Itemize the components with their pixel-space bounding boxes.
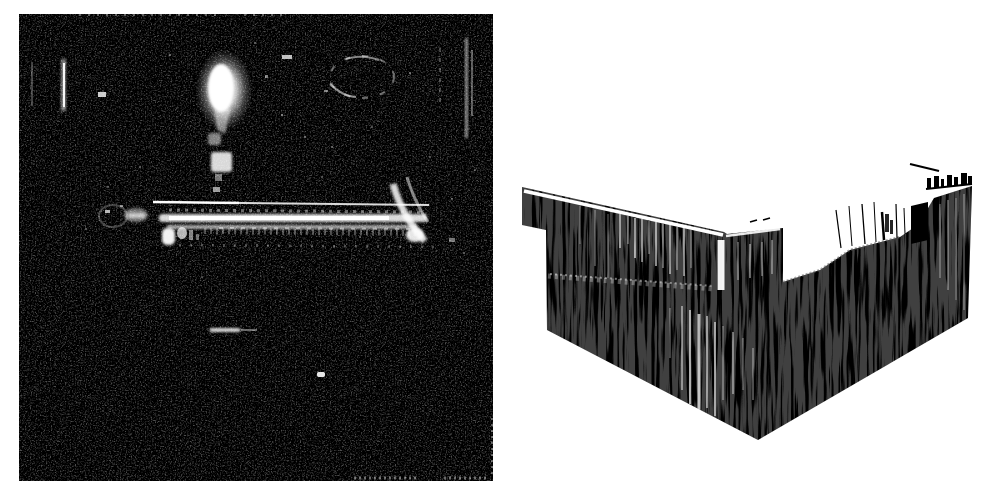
left-photo-canvas bbox=[19, 14, 493, 481]
items-on-panel-top bbox=[926, 173, 972, 189]
left-photo: Very dark high-contrast interior: bright… bbox=[19, 14, 493, 481]
left-photo-caption: Very dark high-contrast interior: bright… bbox=[19, 481, 20, 482]
box-on-counter bbox=[911, 202, 928, 244]
film-grain-overlay bbox=[19, 14, 493, 481]
right-photo-caption: L-shaped dark wood reception counter see… bbox=[520, 445, 521, 446]
wood-grain-overlay bbox=[520, 158, 980, 445]
right-photo: L-shaped dark wood reception counter see… bbox=[520, 158, 980, 445]
right-photo-canvas bbox=[520, 158, 980, 445]
